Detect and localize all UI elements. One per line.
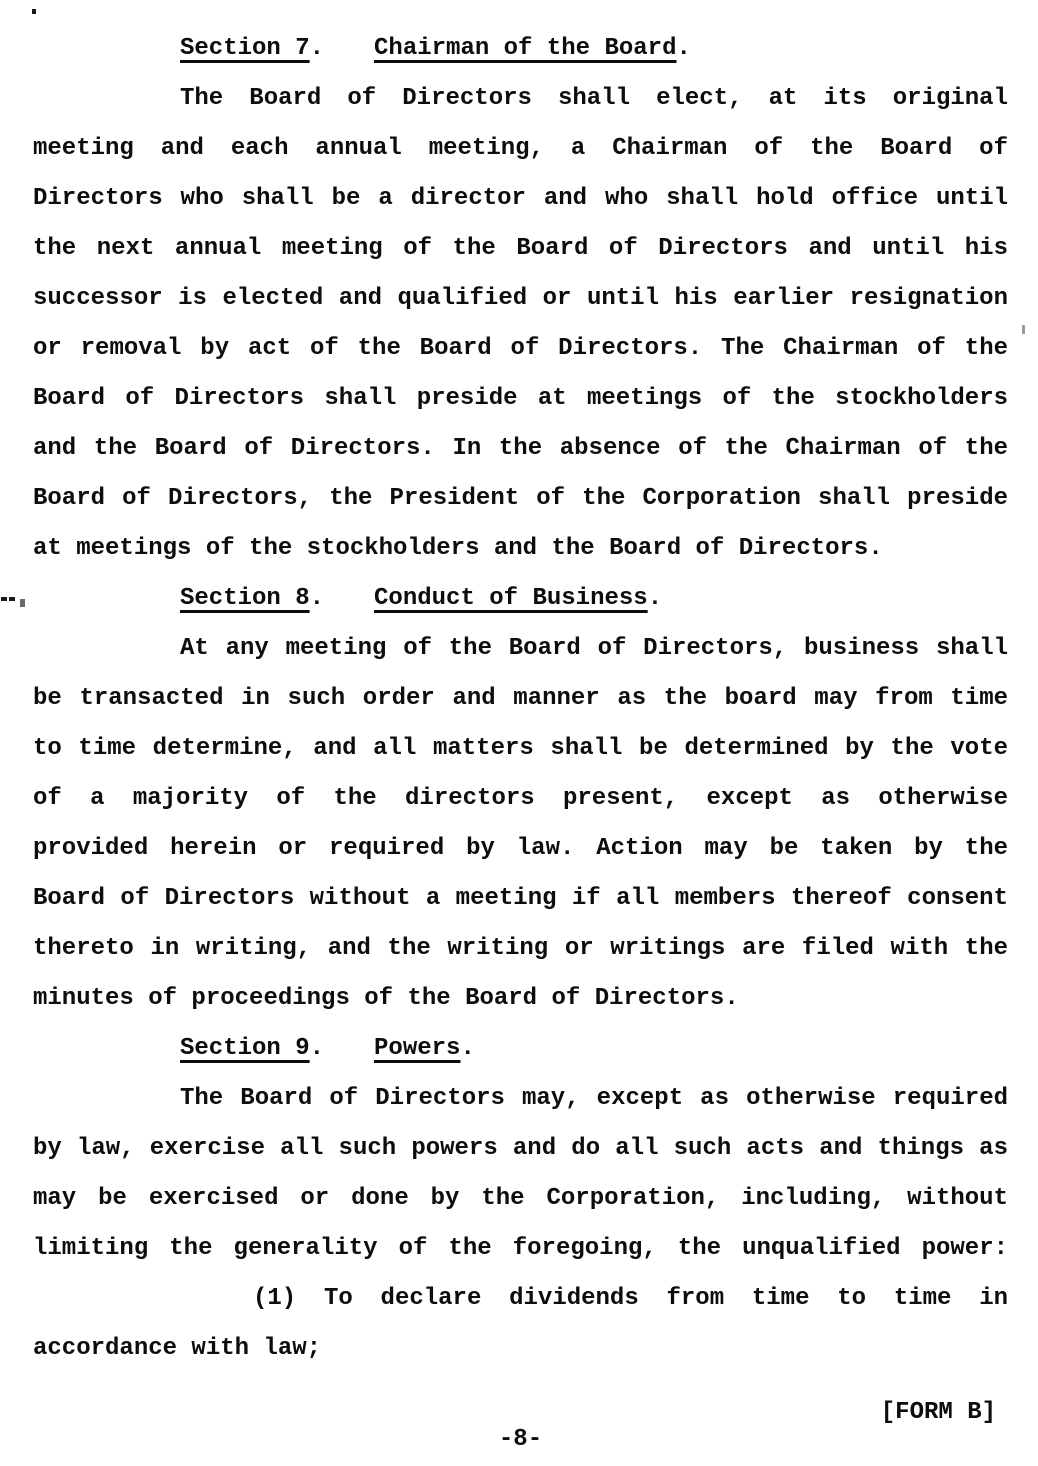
text-line: The Board of Directors shall elect, at i… <box>33 74 1008 124</box>
text-line: thereto in writing, and the writing or w… <box>33 924 1008 974</box>
heading-gap <box>324 603 374 604</box>
section-title-period: . <box>676 35 690 62</box>
text-line: The Board of Directors may, except as ot… <box>33 1074 1008 1124</box>
text-line: Board of Directors without a meeting if … <box>33 874 1008 924</box>
text-line: limiting the generality of the foregoing… <box>33 1224 1008 1274</box>
section-number-period: . <box>310 1035 324 1062</box>
text-line: by law, exercise all such powers and do … <box>33 1124 1008 1174</box>
scan-artifact-dash-2 <box>9 597 15 601</box>
text-line: provided herein or required by law. Acti… <box>33 824 1008 874</box>
document-body: Section 7.Chairman of the Board.The Boar… <box>33 24 1008 1374</box>
text-line: of a majority of the directors present, … <box>33 774 1008 824</box>
text-line: successor is elected and qualified or un… <box>33 274 1008 324</box>
scan-artifact-dash <box>1 597 7 601</box>
text-line: or removal by act of the Board of Direct… <box>33 324 1008 374</box>
scan-artifact-dot <box>32 9 36 14</box>
section-title-period: . <box>648 585 662 612</box>
text-line: Board of Directors, the President of the… <box>33 474 1008 524</box>
text-line: Directors who shall be a director and wh… <box>33 174 1008 224</box>
section-heading: Section 8.Conduct of Business. <box>33 574 1038 624</box>
text-line: to time determine, and all matters shall… <box>33 724 1008 774</box>
form-label: [FORM B] <box>33 1398 1008 1428</box>
section-number: Section 8 <box>180 585 310 612</box>
section-number-period: . <box>310 35 324 62</box>
section-heading: Section 7.Chairman of the Board. <box>33 24 1038 74</box>
text-line: and the Board of Directors. In the absen… <box>33 424 1008 474</box>
section-title-period: . <box>460 1035 474 1062</box>
scan-artifact-blob <box>20 599 25 607</box>
text-line: minutes of proceedings of the Board of D… <box>33 974 1008 1024</box>
text-line: the next annual meeting of the Board of … <box>33 224 1008 274</box>
text-line: may be exercised or done by the Corporat… <box>33 1174 1008 1224</box>
scan-artifact-tick <box>1022 325 1025 334</box>
text-line: be transacted in such order and manner a… <box>33 674 1008 724</box>
page-number: -8- <box>33 1428 1008 1452</box>
text-line: accordance with law; <box>33 1324 1008 1374</box>
text-line: at meetings of the stockholders and the … <box>33 524 1008 574</box>
heading-gap <box>324 53 374 54</box>
section-number: Section 7 <box>180 35 310 62</box>
text-line: (1) To declare dividends from time to ti… <box>33 1274 1008 1324</box>
document-page: Section 7.Chairman of the Board.The Boar… <box>0 0 1038 1466</box>
section-title: Conduct of Business <box>374 585 648 612</box>
text-line: Board of Directors shall preside at meet… <box>33 374 1008 424</box>
section-title: Chairman of the Board <box>374 35 676 62</box>
section-heading: Section 9.Powers. <box>33 1024 1038 1074</box>
section-number: Section 9 <box>180 1035 310 1062</box>
section-number-period: . <box>310 585 324 612</box>
heading-gap <box>324 1053 374 1054</box>
section-title: Powers <box>374 1035 460 1062</box>
text-line: meeting and each annual meeting, a Chair… <box>33 124 1008 174</box>
text-line: At any meeting of the Board of Directors… <box>33 624 1008 674</box>
